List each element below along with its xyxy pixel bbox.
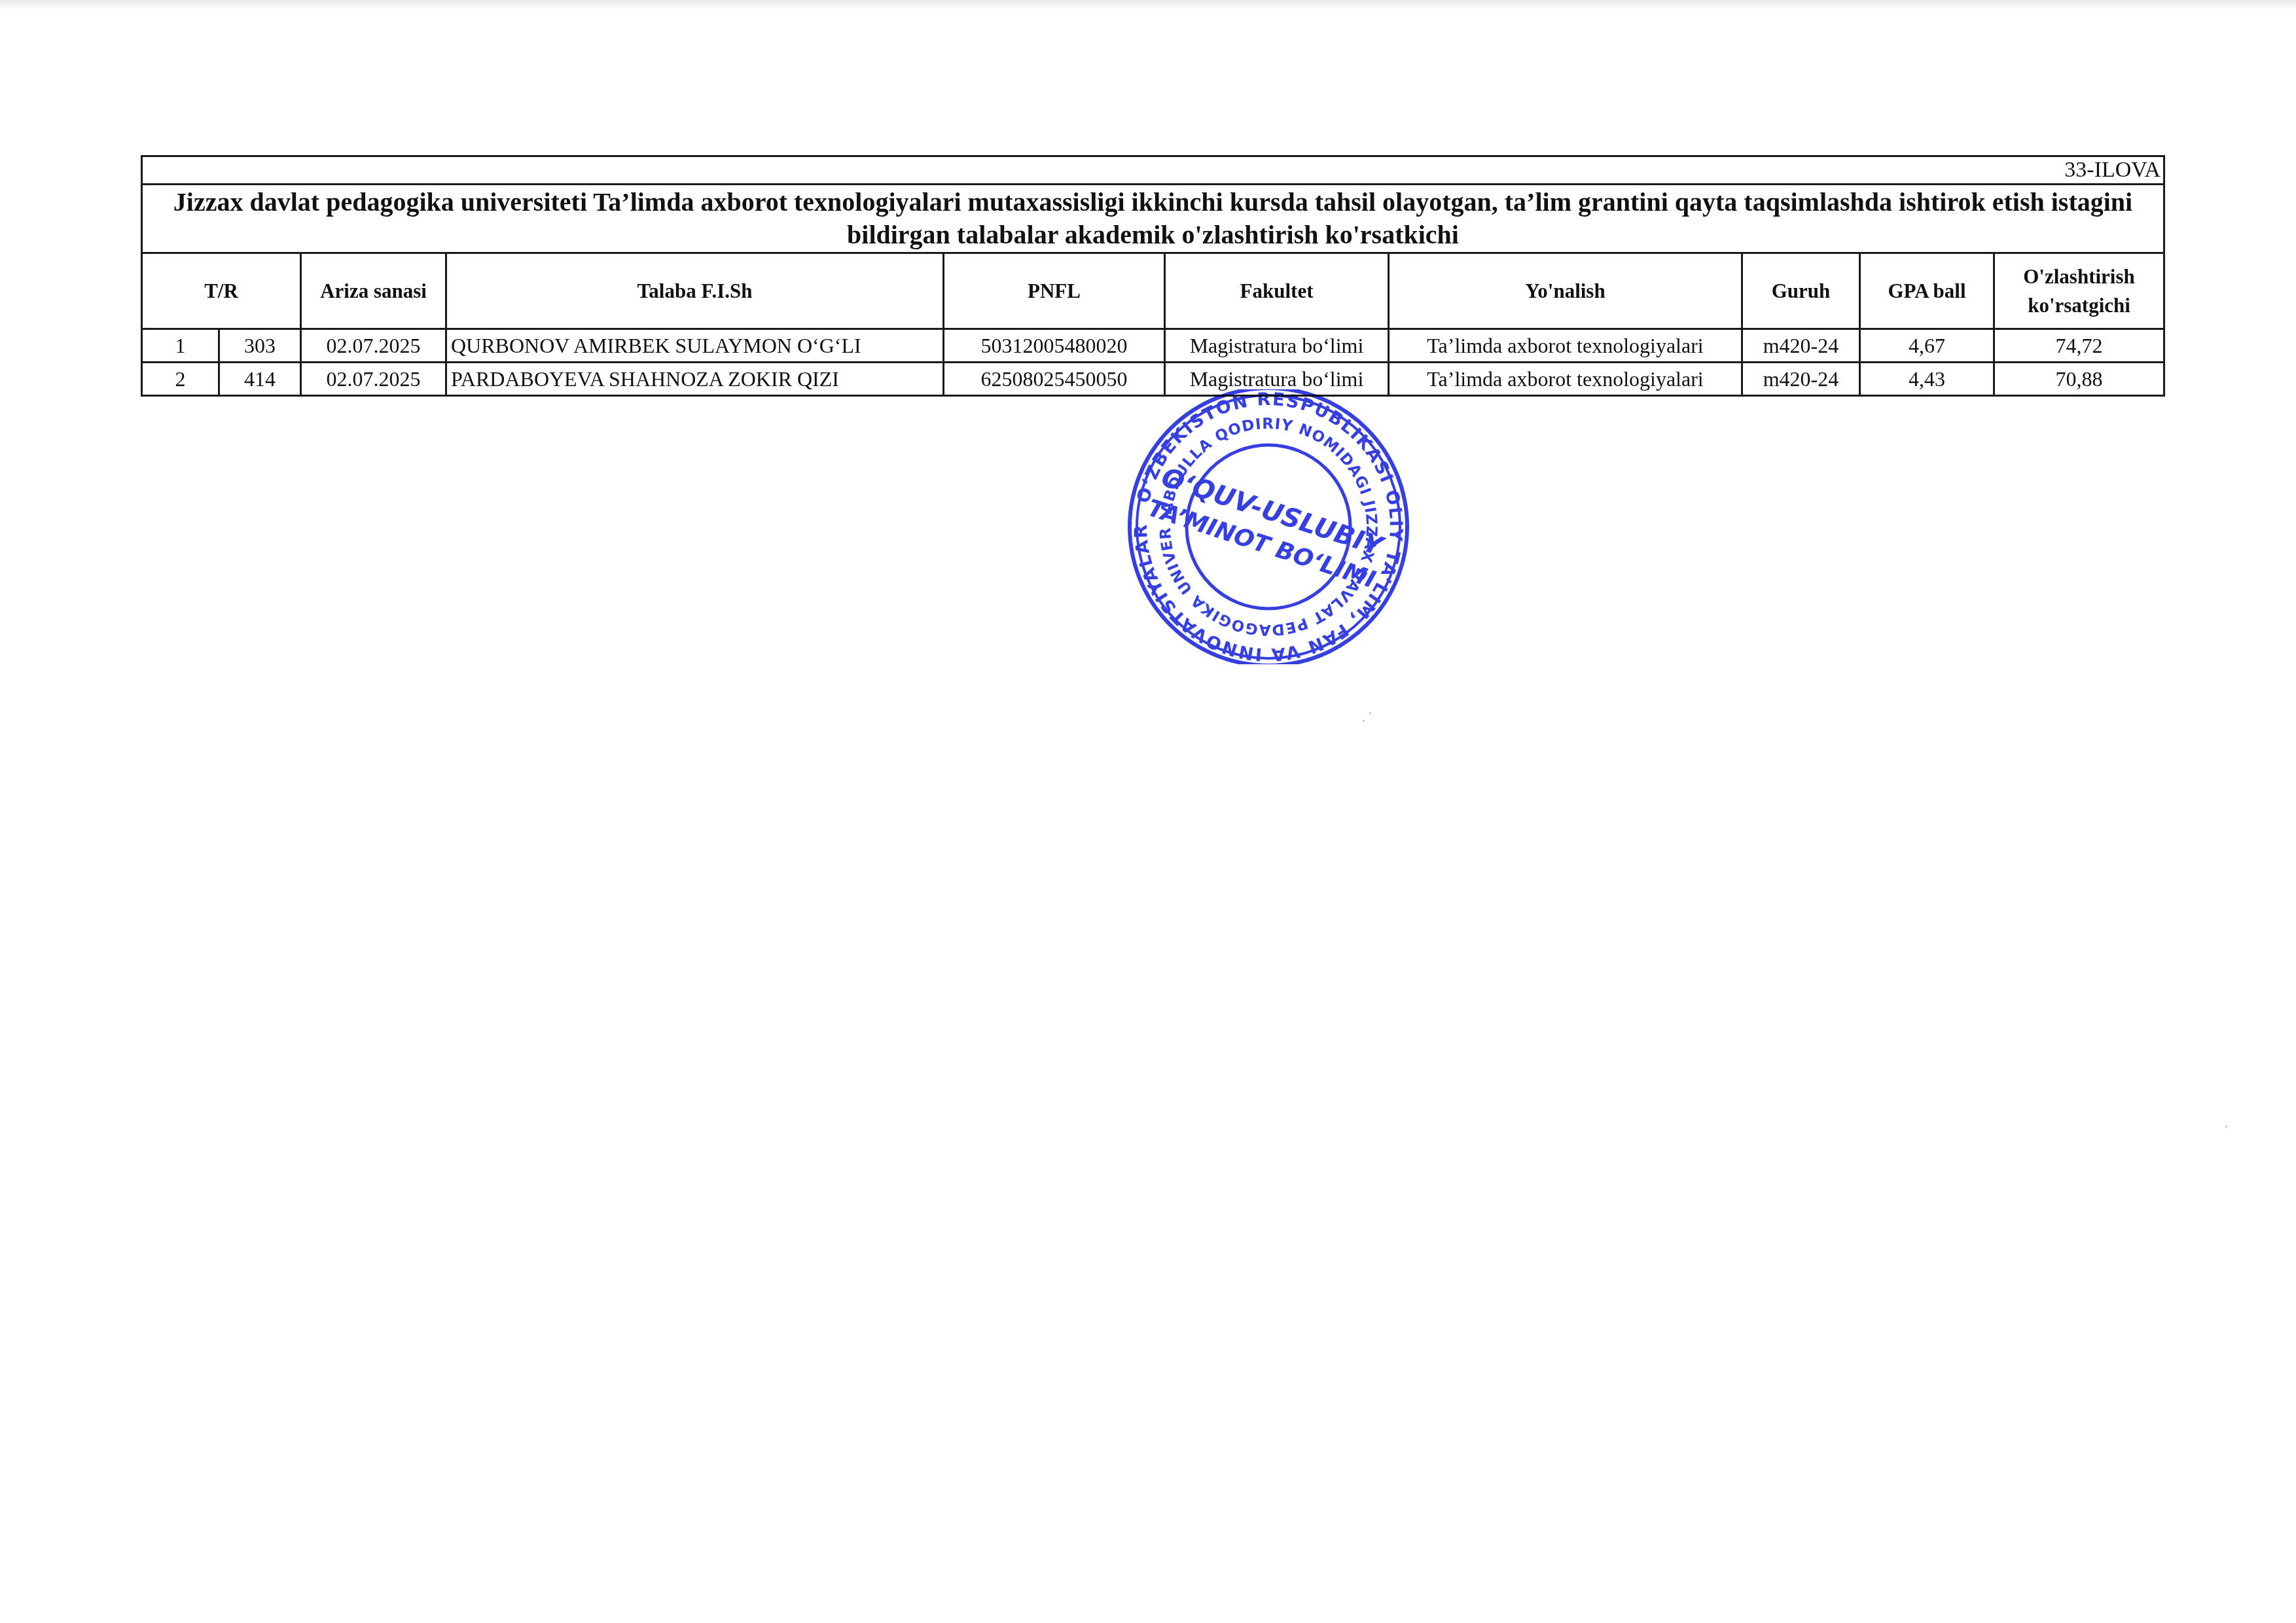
cell-number: 414 [219, 363, 301, 396]
stamp-outer-ring-inner [1137, 395, 1400, 658]
stamp-center-line2: TA’MINOT BO‘LIMI [1144, 495, 1378, 594]
header-group: Guruh [1742, 253, 1860, 329]
svg-text:ABDULLA QODIRIY NOMIDAGI JIZZA: ABDULLA QODIRIY NOMIDAGI JIZZAX DAVLAT P… [1118, 389, 1380, 638]
annex-label: 33-ILOVA [142, 156, 2164, 185]
svg-text:O‘ZBEKISTON RESPUBLIKASI OLIY: O‘ZBEKISTON RESPUBLIKASI OLIY TA’LIM, FA… [1118, 389, 1406, 664]
header-faculty: Fakultet [1165, 253, 1389, 329]
table-row: 1 303 02.07.2025 QURBONOV AMIRBEK SULAYM… [142, 329, 2164, 363]
cell-group: m420-24 [1742, 329, 1860, 363]
cell-gpa: 4,67 [1860, 329, 1994, 363]
cell-performance: 74,72 [1994, 329, 2164, 363]
header-performance-line1: O'zlashtirish [1999, 262, 2159, 291]
document-title: Jizzax davlat pedagogika universiteti Ta… [142, 185, 2164, 253]
performance-table: 33-ILOVA Jizzax davlat pedagogika univer… [141, 155, 2165, 397]
cell-index: 1 [142, 329, 219, 363]
cell-application-date: 02.07.2025 [301, 329, 446, 363]
table-row: 2 414 02.07.2025 PARDABOYEVA SHAHNOZA ZO… [142, 363, 2164, 396]
cell-direction: Ta’limda axborot texnologiyalari [1389, 329, 1742, 363]
stamp-center-line1: O‘QUV-USLUBIY [1158, 462, 1389, 563]
stamp-outer-text: O‘ZBEKISTON RESPUBLIKASI OLIY TA’LIM, FA… [1118, 389, 1406, 664]
header-performance-line2: ko'rsatgichi [1999, 291, 2159, 320]
cell-direction: Ta’limda axborot texnologiyalari [1389, 363, 1742, 396]
scan-speck [1369, 712, 1371, 714]
cell-performance: 70,88 [1994, 363, 2164, 396]
cell-student-name: QURBONOV AMIRBEK SULAYMON O‘G‘LI [446, 329, 944, 363]
stamp-inner-text: ABDULLA QODIRIY NOMIDAGI JIZZAX DAVLAT P… [1118, 389, 1380, 638]
official-stamp: O‘ZBEKISTON RESPUBLIKASI OLIY TA’LIM, FA… [1118, 389, 1419, 664]
header-application-date: Ariza sanasi [301, 253, 446, 329]
scan-speck [2225, 1126, 2227, 1128]
header-performance: O'zlashtirish ko'rsatgichi [1994, 253, 2164, 329]
cell-pnfl: 50312005480020 [944, 329, 1165, 363]
stamp-inner-ring [1187, 445, 1350, 609]
cell-number: 303 [219, 329, 301, 363]
header-student-name: Talaba F.I.Sh [446, 253, 944, 329]
header-pnfl: PNFL [944, 253, 1165, 329]
cell-student-name: PARDABOYEVA SHAHNOZA ZOKIR QIZI [446, 363, 944, 396]
cell-gpa: 4,43 [1860, 363, 1994, 396]
header-direction: Yo'nalish [1389, 253, 1742, 329]
cell-application-date: 02.07.2025 [301, 363, 446, 396]
stamp-outer-ring [1130, 389, 1407, 664]
cell-faculty: Magistratura bo‘limi [1165, 329, 1389, 363]
cell-group: m420-24 [1742, 363, 1860, 396]
cell-index: 2 [142, 363, 219, 396]
header-tr: T/R [142, 253, 301, 329]
cell-pnfl: 62508025450050 [944, 363, 1165, 396]
header-gpa: GPA ball [1860, 253, 1994, 329]
cell-faculty: Magistratura bo‘limi [1165, 363, 1389, 396]
page-top-edge [0, 0, 2296, 9]
scan-speck [1363, 720, 1365, 722]
